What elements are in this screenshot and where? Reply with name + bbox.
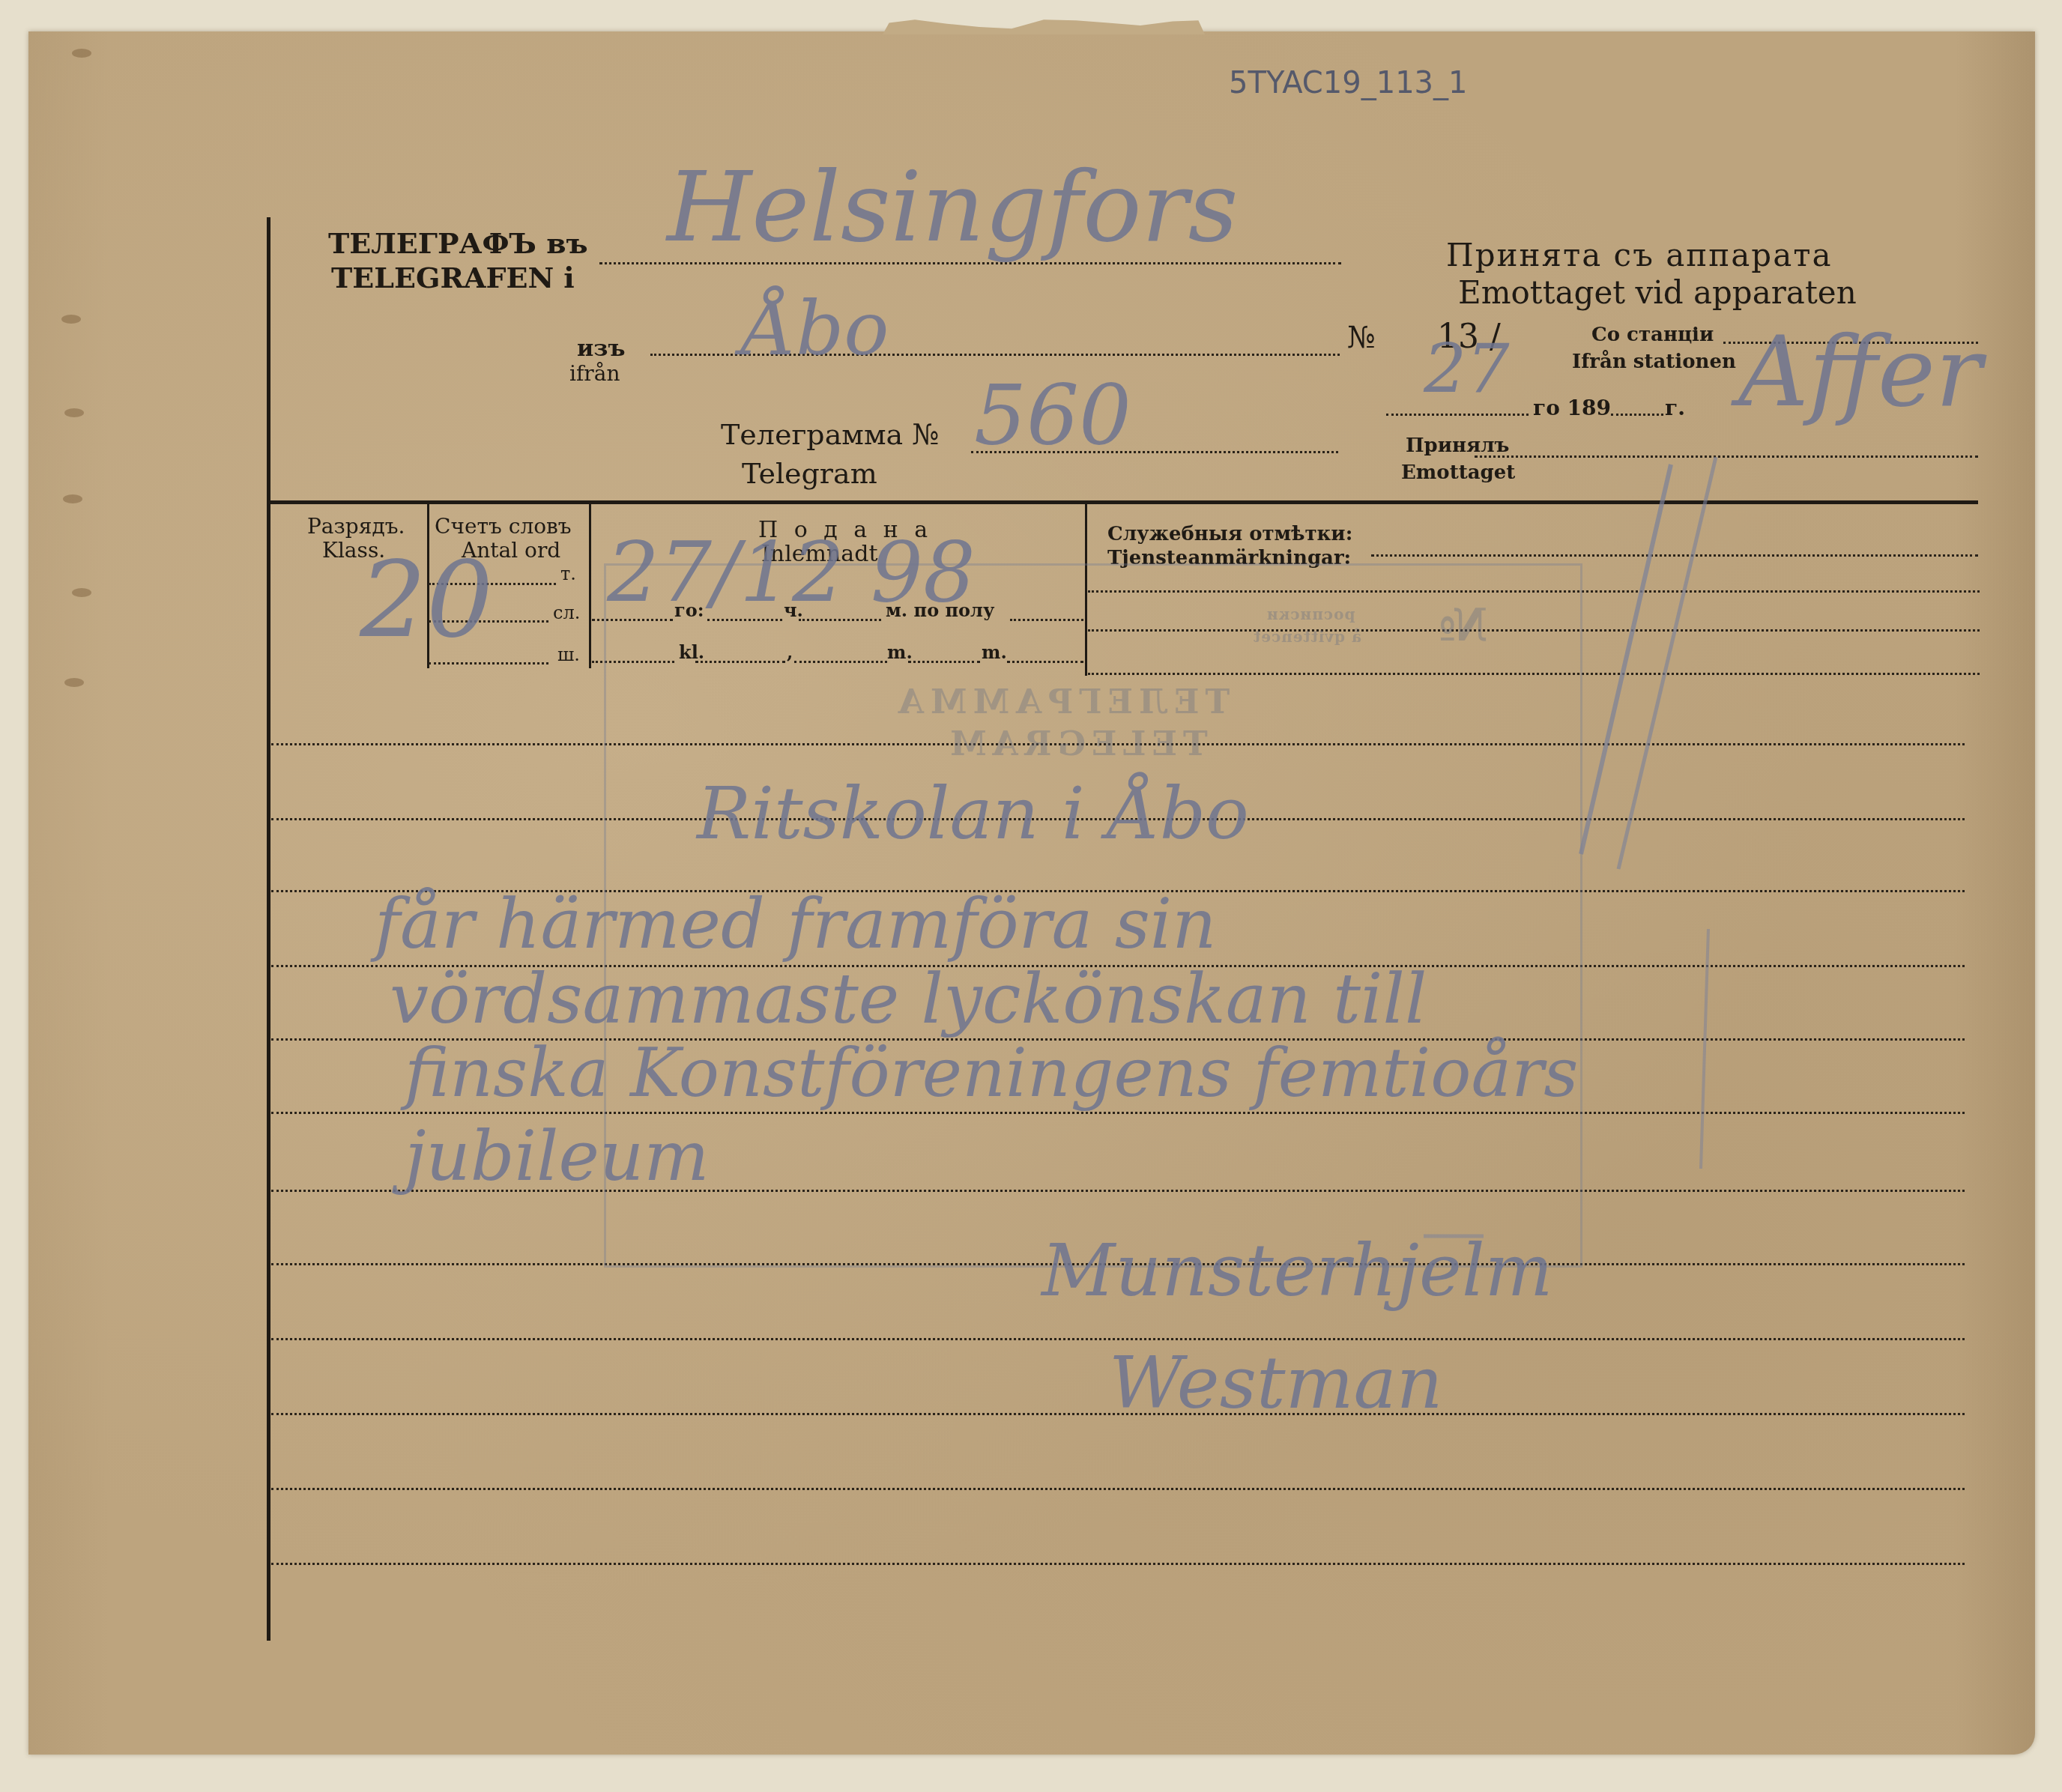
pencil-strokes [0,0,2062,1792]
